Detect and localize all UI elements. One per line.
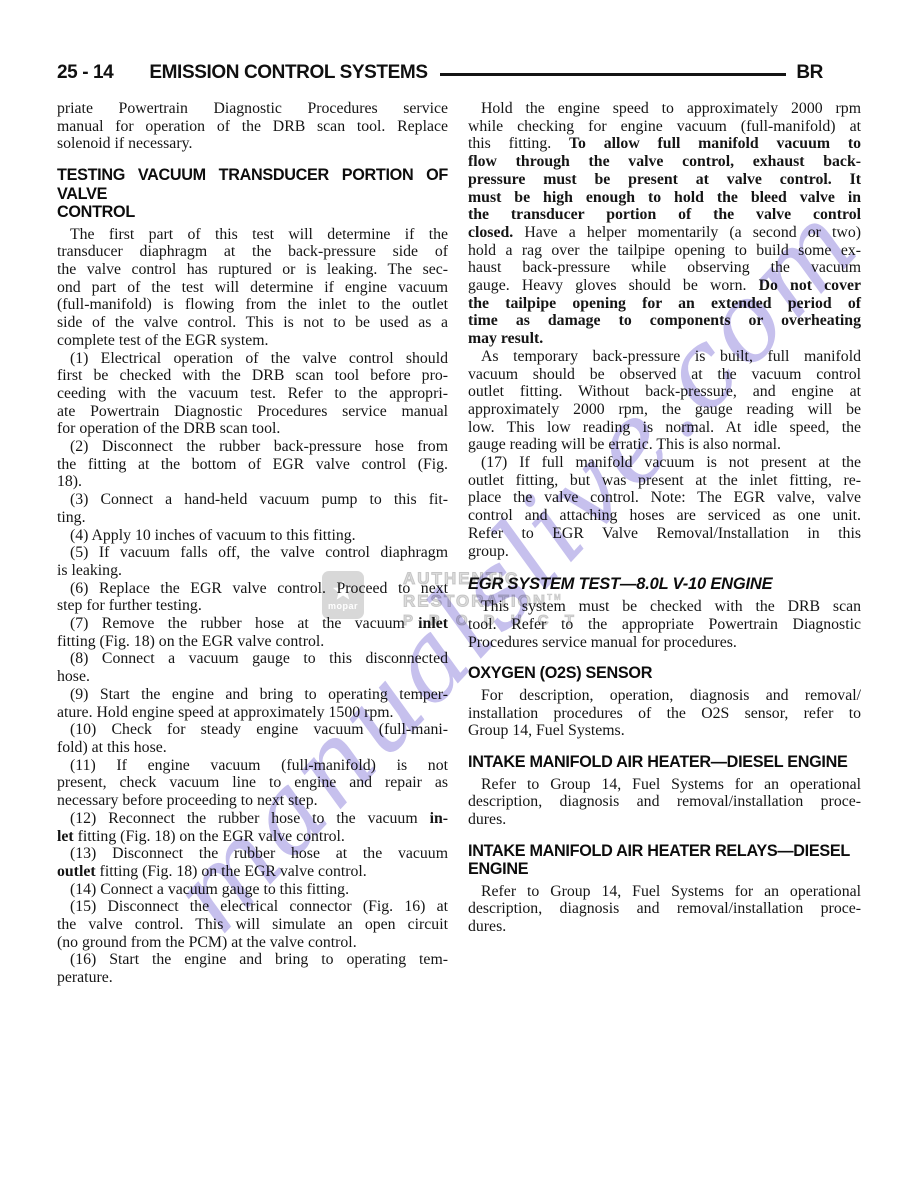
text-line: may result. <box>468 330 861 348</box>
text-line: this fitting. To allow full manifold vac… <box>468 135 861 153</box>
text-line: (5) If vacuum falls off, the valve contr… <box>57 544 448 562</box>
text-line: necessary before proceeding to next step… <box>57 792 448 810</box>
text-line: solenoid if necessary. <box>57 135 448 153</box>
text-line: pressure must be present at valve contro… <box>468 171 861 189</box>
paragraph: (2) Disconnect the rubber back-pressure … <box>57 438 448 491</box>
text-line: (3) Connect a hand-held vacuum pump to t… <box>57 491 448 509</box>
text-line: (9) Start the engine and bring to operat… <box>57 686 448 704</box>
text-line: present, check vacuum line to engine and… <box>57 774 448 792</box>
text-line: the valve control. This will simulate an… <box>57 916 448 934</box>
text-line: hose. <box>57 668 448 686</box>
text-line: dures. <box>468 811 861 829</box>
text-line: outlet fitting (Fig. 18) on the EGR valv… <box>57 863 448 881</box>
text-line: outlet fitting, but was present at the i… <box>468 472 861 490</box>
text-line: (17) If full manifold vacuum is not pres… <box>468 454 861 472</box>
text-line: TESTING VACUUM TRANSDUCER PORTION OF VAL… <box>57 166 448 203</box>
text-line: The first part of this test will determi… <box>57 226 448 244</box>
paragraph: Refer to Group 14, Fuel Systems for an o… <box>468 883 861 936</box>
text-line: ENGINE <box>468 860 861 879</box>
text-line: ond part of the test will determine if e… <box>57 279 448 297</box>
text-line: CONTROL <box>57 203 448 222</box>
text-line: approximately 2000 rpm, the gauge readin… <box>468 401 861 419</box>
text-line: (full-manifold) is flowing from the inle… <box>57 296 448 314</box>
text-line: perature. <box>57 969 448 987</box>
manual-code: BR <box>796 62 823 84</box>
text-line: (12) Reconnect the rubber hose to the va… <box>57 810 448 828</box>
text-line: installation procedures of the O2S senso… <box>468 705 861 723</box>
text-line: description, diagnosis and removal/insta… <box>468 793 861 811</box>
text-line: (no ground from the PCM) at the valve co… <box>57 934 448 952</box>
text-line: manual for operation of the DRB scan too… <box>57 118 448 136</box>
text-line: Hold the engine speed to approximately 2… <box>468 100 861 118</box>
paragraph: (7) Remove the rubber hose at the vacuum… <box>57 615 448 650</box>
text-line: ceeding with the vacuum test. Refer to t… <box>57 385 448 403</box>
text-line: Procedures service manual for procedures… <box>468 634 861 652</box>
paragraph: Hold the engine speed to approximately 2… <box>468 100 861 348</box>
paragraph: (12) Reconnect the rubber hose to the va… <box>57 810 448 845</box>
paragraph: (13) Disconnect the rubber hose at the v… <box>57 845 448 880</box>
text-line: Refer to Group 14, Fuel Systems for an o… <box>468 776 861 794</box>
text-line: let fitting (Fig. 18) on the EGR valve c… <box>57 828 448 846</box>
paragraph: (11) If engine vacuum (full-manifold) is… <box>57 757 448 810</box>
text-line: For description, operation, diagnosis an… <box>468 687 861 705</box>
text-line: complete test of the EGR system. <box>57 332 448 350</box>
text-line: (4) Apply 10 inches of vacuum to this fi… <box>57 527 448 545</box>
text-line: (14) Connect a vacuum gauge to this fitt… <box>57 881 448 899</box>
text-line: (7) Remove the rubber hose at the vacuum… <box>57 615 448 633</box>
chapter-title: EMISSION CONTROL SYSTEMS <box>149 62 427 84</box>
text-line: ting. <box>57 509 448 527</box>
text-line: (1) Electrical operation of the valve co… <box>57 350 448 368</box>
paragraph: (16) Start the engine and bring to opera… <box>57 951 448 986</box>
text-line: the valve control has ruptured or is lea… <box>57 261 448 279</box>
text-line: flow through the valve control, exhaust … <box>468 153 861 171</box>
text-line: step for further testing. <box>57 597 448 615</box>
text-line: closed. Have a helper momentarily (a sec… <box>468 224 861 242</box>
text-line: vacuum should be observed at the vacuum … <box>468 366 861 384</box>
text-line: group. <box>468 543 861 561</box>
text-line: for operation of the DRB scan tool. <box>57 420 448 438</box>
page-number: 25 - 14 <box>57 62 113 84</box>
manual-page: mopar AUTHENTIC RESTORATIONTM P R O D U … <box>0 0 918 1188</box>
right-column: Hold the engine speed to approximately 2… <box>468 100 861 936</box>
text-line: the tailpipe opening for an extended per… <box>468 295 861 313</box>
text-line: ate Powertrain Diagnostic Procedures ser… <box>57 403 448 421</box>
text-line: (11) If engine vacuum (full-manifold) is… <box>57 757 448 775</box>
section-heading: INTAKE MANIFOLD AIR HEATER—DIESEL ENGINE <box>468 753 861 772</box>
paragraph: (17) If full manifold vacuum is not pres… <box>468 454 861 560</box>
paragraph: (10) Check for steady engine vacuum (ful… <box>57 721 448 756</box>
paragraph: (6) Replace the EGR valve control. Proce… <box>57 580 448 615</box>
text-line: Refer to Group 14, Fuel Systems for an o… <box>468 883 861 901</box>
paragraph: (15) Disconnect the electrical connector… <box>57 898 448 951</box>
page-header: 25 - 14 EMISSION CONTROL SYSTEMS BR <box>57 60 823 86</box>
paragraph: (14) Connect a vacuum gauge to this fitt… <box>57 881 448 899</box>
paragraph: For description, operation, diagnosis an… <box>468 687 861 740</box>
text-line: INTAKE MANIFOLD AIR HEATER—DIESEL ENGINE <box>468 753 861 772</box>
paragraph: The first part of this test will determi… <box>57 226 448 350</box>
paragraph: Refer to Group 14, Fuel Systems for an o… <box>468 776 861 829</box>
text-line: (6) Replace the EGR valve control. Proce… <box>57 580 448 598</box>
paragraph: As temporary back-pressure is built, ful… <box>468 348 861 454</box>
text-line: (8) Connect a vacuum gauge to this disco… <box>57 650 448 668</box>
text-line: 18). <box>57 473 448 491</box>
text-line: time as damage to components or overheat… <box>468 312 861 330</box>
paragraph: (5) If vacuum falls off, the valve contr… <box>57 544 448 579</box>
text-line: Group 14, Fuel Systems. <box>468 722 861 740</box>
text-line: must be high enough to hold the bleed va… <box>468 189 861 207</box>
section-heading: EGR SYSTEM TEST—8.0L V-10 ENGINE <box>468 575 861 594</box>
paragraph: (9) Start the engine and bring to operat… <box>57 686 448 721</box>
text-line: EGR SYSTEM TEST—8.0L V-10 ENGINE <box>468 575 861 594</box>
text-line: tool. Refer to the appropriate Powertrai… <box>468 616 861 634</box>
text-line: place the valve control. Note: The EGR v… <box>468 489 861 507</box>
text-line: OXYGEN (O2S) SENSOR <box>468 664 861 683</box>
text-line: hold a rag over the tailpipe opening to … <box>468 242 861 260</box>
text-line: ature. Hold engine speed at approximatel… <box>57 704 448 722</box>
text-line: This system must be checked with the DRB… <box>468 598 861 616</box>
text-line: (13) Disconnect the rubber hose at the v… <box>57 845 448 863</box>
paragraph: (8) Connect a vacuum gauge to this disco… <box>57 650 448 685</box>
paragraph: priate Powertrain Diagnostic Procedures … <box>57 100 448 153</box>
text-line: Refer to EGR Valve Removal/Installation … <box>468 525 861 543</box>
header-rule <box>440 73 787 76</box>
paragraph: (3) Connect a hand-held vacuum pump to t… <box>57 491 448 526</box>
paragraph: (1) Electrical operation of the valve co… <box>57 350 448 439</box>
text-line: gauge reading will be erratic. This is a… <box>468 436 861 454</box>
left-column: priate Powertrain Diagnostic Procedures … <box>57 100 448 987</box>
text-line: transducer diaphragm at the back-pressur… <box>57 243 448 261</box>
text-line: fitting (Fig. 18) on the EGR valve contr… <box>57 633 448 651</box>
text-line: while checking for engine vacuum (full-m… <box>468 118 861 136</box>
text-line: first be checked with the DRB scan tool … <box>57 367 448 385</box>
text-line: gauge. Heavy gloves should be worn. Do n… <box>468 277 861 295</box>
text-line: (16) Start the engine and bring to opera… <box>57 951 448 969</box>
text-line: INTAKE MANIFOLD AIR HEATER RELAYS—DIESEL <box>468 842 861 861</box>
section-heading: TESTING VACUUM TRANSDUCER PORTION OF VAL… <box>57 166 448 222</box>
text-line: priate Powertrain Diagnostic Procedures … <box>57 100 448 118</box>
section-heading: OXYGEN (O2S) SENSOR <box>468 664 861 683</box>
text-line: the fitting at the bottom of EGR valve c… <box>57 456 448 474</box>
text-line: control and attaching hoses are serviced… <box>468 507 861 525</box>
text-line: description, diagnosis and removal/insta… <box>468 900 861 918</box>
text-line: As temporary back-pressure is built, ful… <box>468 348 861 366</box>
text-line: low. This low reading is normal. At idle… <box>468 419 861 437</box>
text-line: (15) Disconnect the electrical connector… <box>57 898 448 916</box>
paragraph: (4) Apply 10 inches of vacuum to this fi… <box>57 527 448 545</box>
text-line: haust back-pressure while observing the … <box>468 259 861 277</box>
text-line: fold) at this hose. <box>57 739 448 757</box>
text-line: dures. <box>468 918 861 936</box>
text-line: (2) Disconnect the rubber back-pressure … <box>57 438 448 456</box>
text-line: the transducer portion of the valve cont… <box>468 206 861 224</box>
text-line: is leaking. <box>57 562 448 580</box>
text-line: (10) Check for steady engine vacuum (ful… <box>57 721 448 739</box>
section-heading: INTAKE MANIFOLD AIR HEATER RELAYS—DIESEL… <box>468 842 861 879</box>
paragraph: This system must be checked with the DRB… <box>468 598 861 651</box>
text-line: outlet fitting. Without back-pressure, a… <box>468 383 861 401</box>
text-line: side of the valve control. This is not t… <box>57 314 448 332</box>
